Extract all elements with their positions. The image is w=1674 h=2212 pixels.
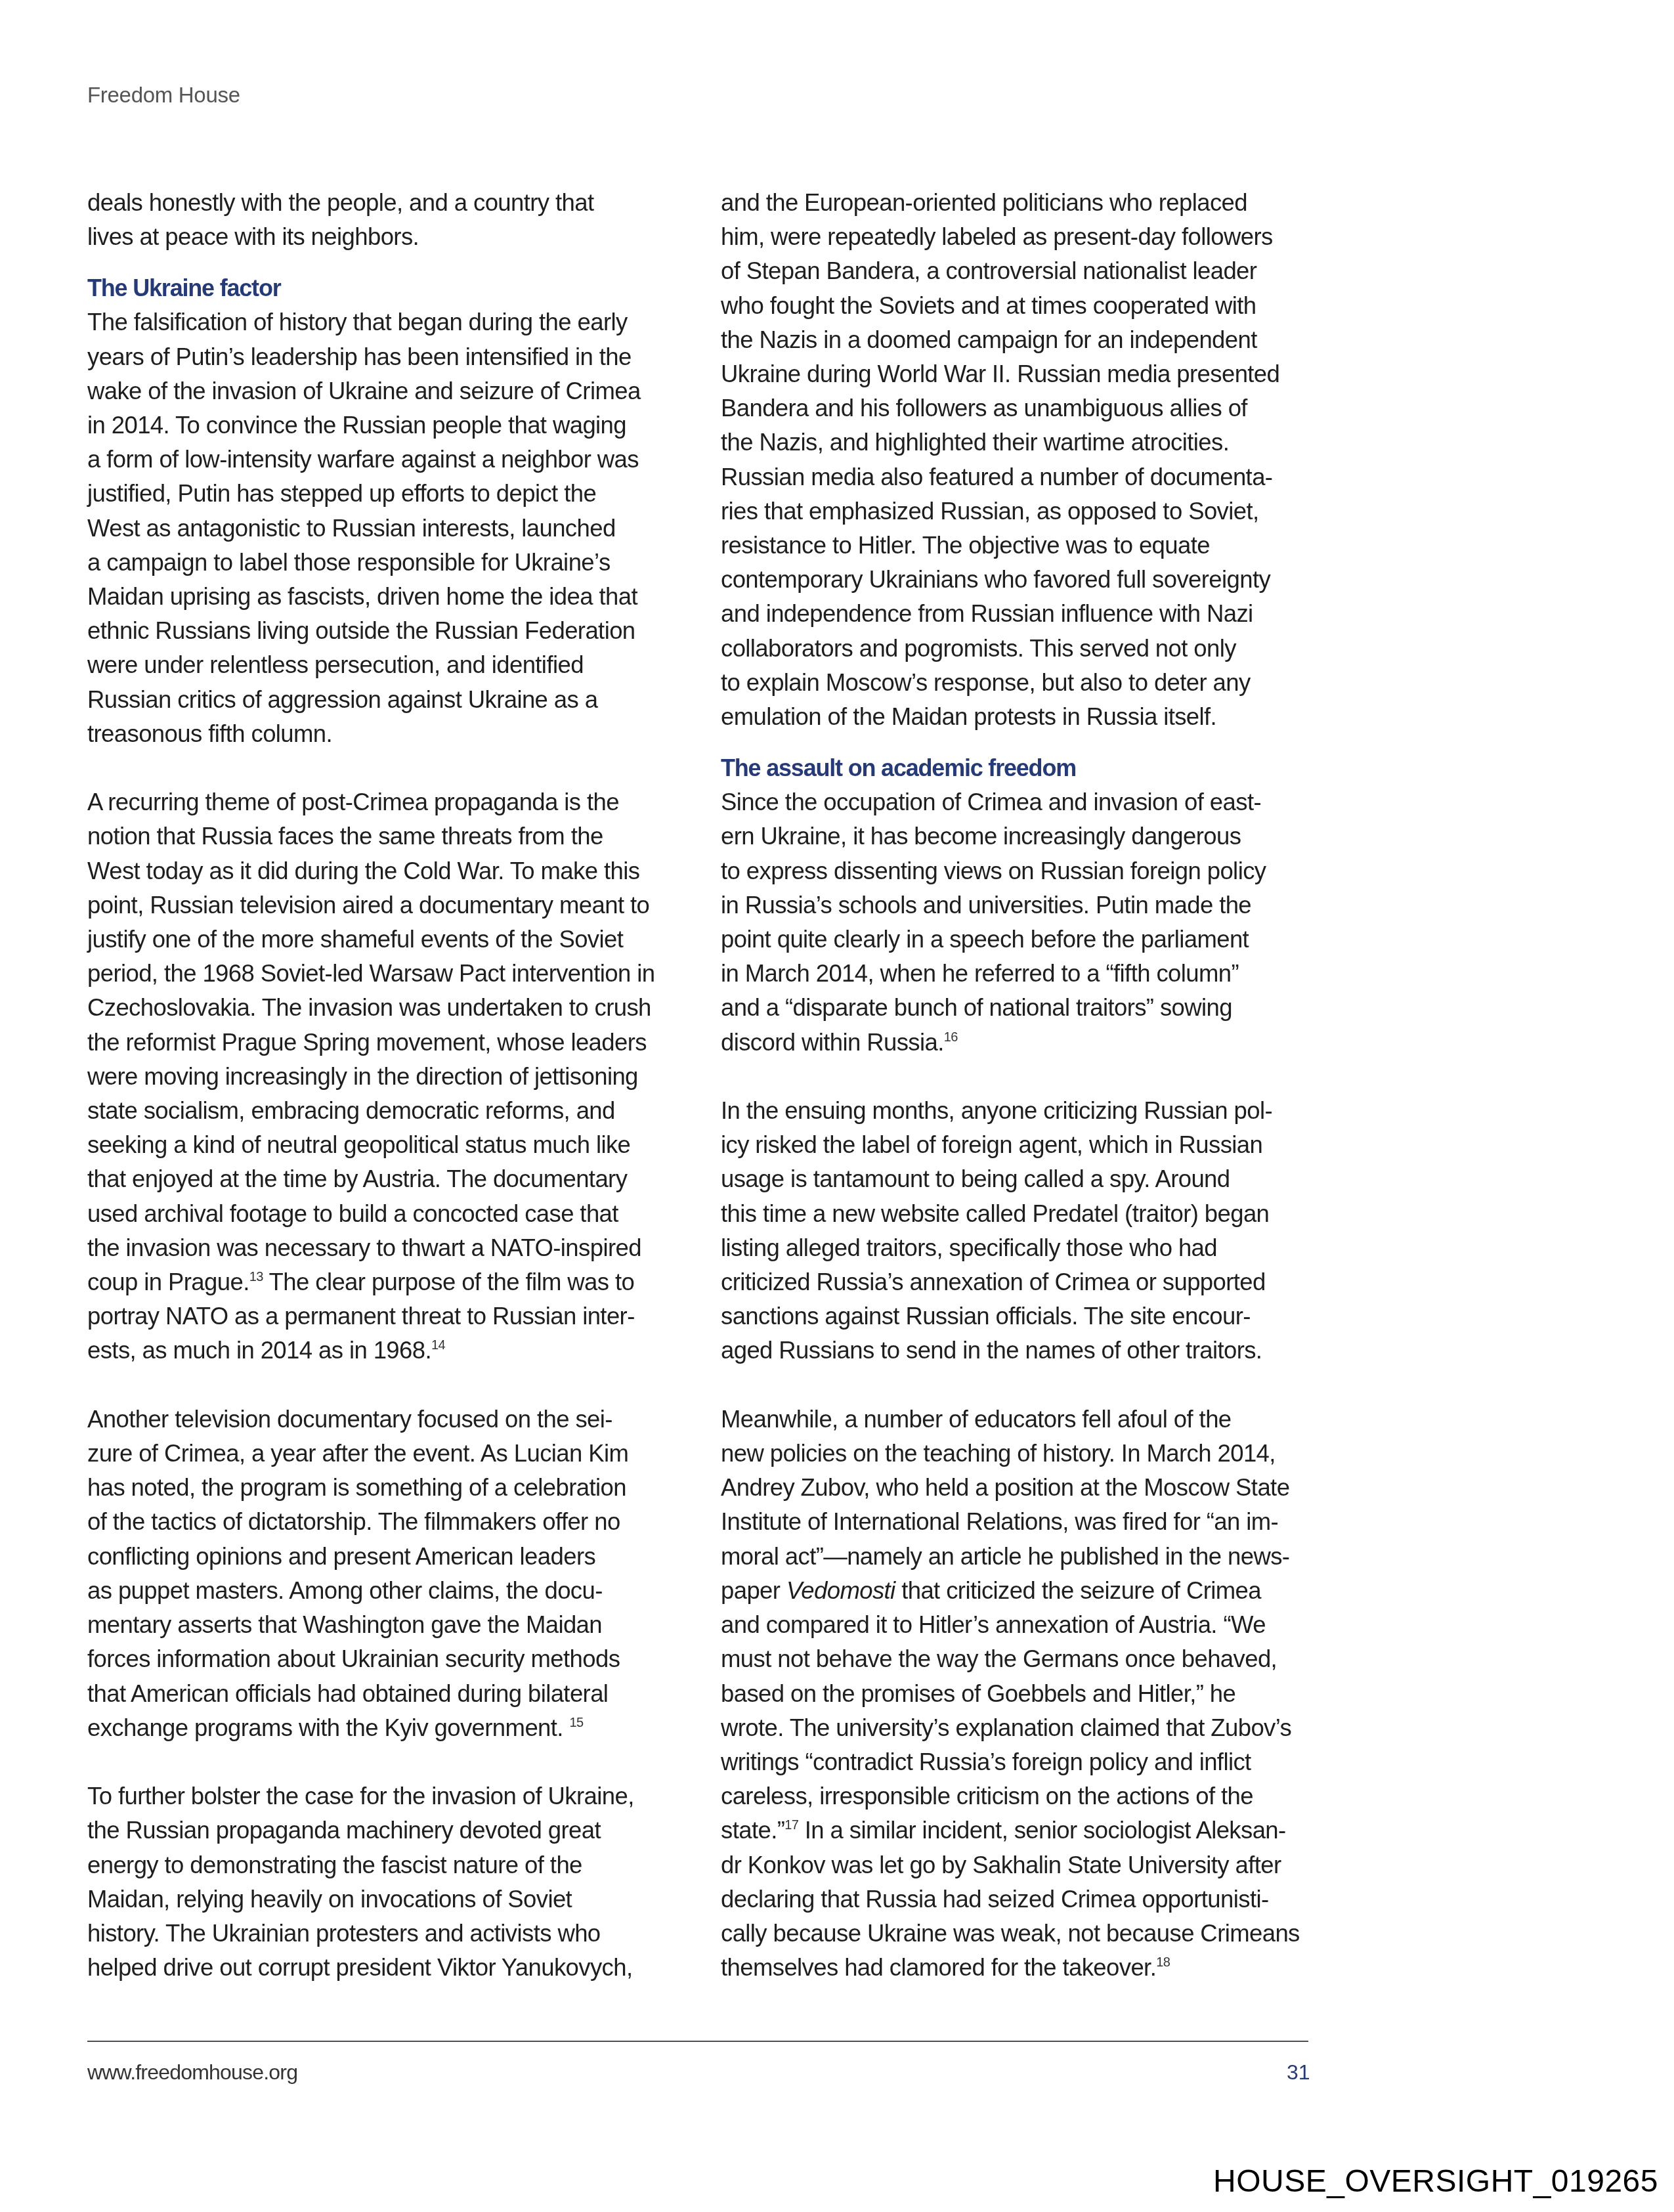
footnote-ref-17[interactable]: 17	[784, 1818, 798, 1832]
text-line: a campaign to label those responsible fo…	[87, 546, 678, 580]
text-line: has noted, the program is something of a…	[87, 1471, 678, 1505]
footnote-ref-15[interactable]: 15	[569, 1716, 583, 1730]
footnote-ref-14[interactable]: 14	[431, 1338, 445, 1353]
text-line: of the tactics of dictatorship. The film…	[87, 1505, 678, 1539]
text-line: conflicting opinions and present America…	[87, 1540, 678, 1574]
text-line: coup in Prague.13 The clear purpose of t…	[87, 1265, 678, 1299]
text-line: West as antagonistic to Russian interest…	[87, 511, 678, 546]
section-heading-ukraine-factor: The Ukraine factor	[87, 271, 678, 305]
text-line: of Stepan Bandera, a controversial natio…	[721, 254, 1312, 288]
text-line: the Nazis in a doomed campaign for an in…	[721, 323, 1312, 357]
text-line: paper Vedomosti that criticized the seiz…	[721, 1574, 1312, 1608]
text-line: West today as it did during the Cold War…	[87, 854, 678, 888]
text-line: as puppet masters. Among other claims, t…	[87, 1574, 678, 1608]
text-line: point quite clearly in a speech before t…	[721, 922, 1312, 957]
text-line: criticized Russia’s annexation of Crimea…	[721, 1265, 1312, 1299]
text-line: sanctions against Russian officials. The…	[721, 1299, 1312, 1334]
text-line: state socialism, embracing democratic re…	[87, 1094, 678, 1128]
text-line: ethnic Russians living outside the Russi…	[87, 614, 678, 648]
text-line: zure of Crimea, a year after the event. …	[87, 1437, 678, 1471]
text-line: Bandera and his followers as unambiguous…	[721, 391, 1312, 425]
text-line: history. The Ukrainian protesters and ac…	[87, 1917, 678, 1951]
intro-paragraph: deals honestly with the people, and a co…	[87, 186, 678, 254]
text-line: to explain Moscow’s response, but also t…	[721, 666, 1312, 700]
text-line: aged Russians to send in the names of ot…	[721, 1334, 1312, 1368]
text-line: notion that Russia faces the same threat…	[87, 819, 678, 854]
text-line: A recurring theme of post-Crimea propaga…	[87, 785, 678, 819]
text-line: exchange programs with the Kyiv governme…	[87, 1711, 678, 1745]
text-line: who fought the Soviets and at times coop…	[721, 289, 1312, 323]
text-line: energy to demonstrating the fascist natu…	[87, 1848, 678, 1882]
text-line: were moving increasingly in the directio…	[87, 1060, 678, 1094]
text-line: deals honestly with the people, and a co…	[87, 186, 678, 220]
text-line: The falsification of history that began …	[87, 305, 678, 339]
text-line: declaring that Russia had seized Crimea …	[721, 1882, 1312, 1917]
text-line: point, Russian television aired a docume…	[87, 888, 678, 922]
text-line: collaborators and pogromists. This serve…	[721, 632, 1312, 666]
bates-stamp: HOUSE_OVERSIGHT_019265	[1213, 2163, 1658, 2200]
paragraph-another-documentary: Another television documentary focused o…	[87, 1402, 678, 1745]
text-line: the Russian propaganda machinery devoted…	[87, 1813, 678, 1848]
text-line: lives at peace with its neighbors.	[87, 220, 678, 254]
text-line: and the European-oriented politicians wh…	[721, 186, 1312, 220]
text-line: justified, Putin has stepped up efforts …	[87, 477, 678, 511]
text-line: careless, irresponsible criticism on the…	[721, 1779, 1312, 1813]
text-line: discord within Russia.16	[721, 1026, 1312, 1060]
text-line: wake of the invasion of Ukraine and seiz…	[87, 374, 678, 408]
text-line: Russian media also featured a number of …	[721, 460, 1312, 494]
text-line: dr Konkov was let go by Sakhalin State U…	[721, 1848, 1312, 1882]
text-line: the reformist Prague Spring movement, wh…	[87, 1026, 678, 1060]
text-line: Russian critics of aggression against Uk…	[87, 683, 678, 717]
left-column: deals honestly with the people, and a co…	[87, 186, 678, 1985]
paragraph-further-bolster: To further bolster the case for the inva…	[87, 1779, 678, 1985]
text-line: Institute of International Relations, wa…	[721, 1505, 1312, 1539]
section-heading-academic-freedom: The assault on academic freedom	[721, 751, 1312, 785]
text-line: themselves had clamored for the takeover…	[721, 1951, 1312, 1985]
text-line: in March 2014, when he referred to a “fi…	[721, 957, 1312, 991]
text-line: Maidan uprising as fascists, driven home…	[87, 580, 678, 614]
text-line: and independence from Russian influence …	[721, 597, 1312, 631]
footnote-ref-16[interactable]: 16	[944, 1030, 958, 1045]
right-column: and the European-oriented politicians wh…	[721, 186, 1312, 1985]
text-line: portray NATO as a permanent threat to Ru…	[87, 1299, 678, 1334]
paragraph-ensuing-months: In the ensuing months, anyone criticizin…	[721, 1094, 1312, 1368]
publication-title: Vedomosti	[786, 1577, 895, 1604]
text-line: in 2014. To convince the Russian people …	[87, 408, 678, 443]
text-line: mentary asserts that Washington gave the…	[87, 1608, 678, 1642]
text-line: justify one of the more shameful events …	[87, 922, 678, 957]
footnote-ref-18[interactable]: 18	[1156, 1955, 1170, 1970]
text-line: based on the promises of Goebbels and Hi…	[721, 1677, 1312, 1711]
running-header: Freedom House	[87, 83, 240, 108]
footnote-ref-13[interactable]: 13	[249, 1270, 263, 1284]
text-line: ries that emphasized Russian, as opposed…	[721, 494, 1312, 529]
paragraph-since-occupation: Since the occupation of Crimea and invas…	[721, 785, 1312, 1060]
text-line: him, were repeatedly labeled as present-…	[721, 220, 1312, 254]
text-line: used archival footage to build a concoct…	[87, 1197, 678, 1231]
text-line: emulation of the Maidan protests in Russ…	[721, 700, 1312, 734]
text-line: state.”17 In a similar incident, senior …	[721, 1813, 1312, 1848]
text-line: Meanwhile, a number of educators fell af…	[721, 1402, 1312, 1437]
text-line: period, the 1968 Soviet-led Warsaw Pact …	[87, 957, 678, 991]
footer-website-link[interactable]: www.freedomhouse.org	[87, 2060, 297, 2085]
text-line: a form of low-intensity warfare against …	[87, 443, 678, 477]
text-line: Ukraine during World War II. Russian med…	[721, 357, 1312, 391]
text-line: resistance to Hitler. The objective was …	[721, 529, 1312, 563]
footer-divider	[87, 2041, 1308, 2042]
text-line: icy risked the label of foreign agent, w…	[721, 1128, 1312, 1162]
text-line: Czechoslovakia. The invasion was underta…	[87, 991, 678, 1025]
paragraph-falsification: The falsification of history that began …	[87, 305, 678, 751]
text-line: usage is tantamount to being called a sp…	[721, 1162, 1312, 1196]
paragraph-bandera: and the European-oriented politicians wh…	[721, 186, 1312, 734]
text-line: writings “contradict Russia’s foreign po…	[721, 1745, 1312, 1779]
text-line: ests, as much in 2014 as in 1968.14	[87, 1334, 678, 1368]
paragraph-recurring-theme: A recurring theme of post-Crimea propaga…	[87, 785, 678, 1368]
text-line: Maidan, relying heavily on invocations o…	[87, 1882, 678, 1917]
text-line: and a “disparate bunch of national trait…	[721, 991, 1312, 1025]
text-line: ern Ukraine, it has become increasingly …	[721, 819, 1312, 854]
text-line: this time a new website called Predatel …	[721, 1197, 1312, 1231]
text-line: new policies on the teaching of history.…	[721, 1437, 1312, 1471]
text-line: that American officials had obtained dur…	[87, 1677, 678, 1711]
text-line: in Russia’s schools and universities. Pu…	[721, 888, 1312, 922]
paragraph-meanwhile-educators: Meanwhile, a number of educators fell af…	[721, 1402, 1312, 1985]
text-line: In the ensuing months, anyone criticizin…	[721, 1094, 1312, 1128]
text-line: helped drive out corrupt president Vikto…	[87, 1951, 678, 1985]
text-line: the invasion was necessary to thwart a N…	[87, 1231, 678, 1265]
text-line: years of Putin’s leadership has been int…	[87, 340, 678, 374]
text-line: cally because Ukraine was weak, not beca…	[721, 1917, 1312, 1951]
text-line: Another television documentary focused o…	[87, 1402, 678, 1437]
text-line: Since the occupation of Crimea and invas…	[721, 785, 1312, 819]
text-line: seeking a kind of neutral geopolitical s…	[87, 1128, 678, 1162]
text-line: treasonous fifth column.	[87, 717, 678, 751]
text-line: were under relentless persecution, and i…	[87, 648, 678, 682]
page-number: 31	[1287, 2060, 1310, 2085]
text-line: listing alleged traitors, specifically t…	[721, 1231, 1312, 1265]
text-line: to express dissenting views on Russian f…	[721, 854, 1312, 888]
text-line: To further bolster the case for the inva…	[87, 1779, 678, 1813]
text-line: that enjoyed at the time by Austria. The…	[87, 1162, 678, 1196]
text-line: Andrey Zubov, who held a position at the…	[721, 1471, 1312, 1505]
text-line: must not behave the way the Germans once…	[721, 1642, 1312, 1676]
text-line: contemporary Ukrainians who favored full…	[721, 563, 1312, 597]
text-line: wrote. The university’s explanation clai…	[721, 1711, 1312, 1745]
text-line: moral act”—namely an article he publishe…	[721, 1540, 1312, 1574]
text-line: and compared it to Hitler’s annexation o…	[721, 1608, 1312, 1642]
text-line: forces information about Ukrainian secur…	[87, 1642, 678, 1676]
text-line: the Nazis, and highlighted their wartime…	[721, 425, 1312, 460]
